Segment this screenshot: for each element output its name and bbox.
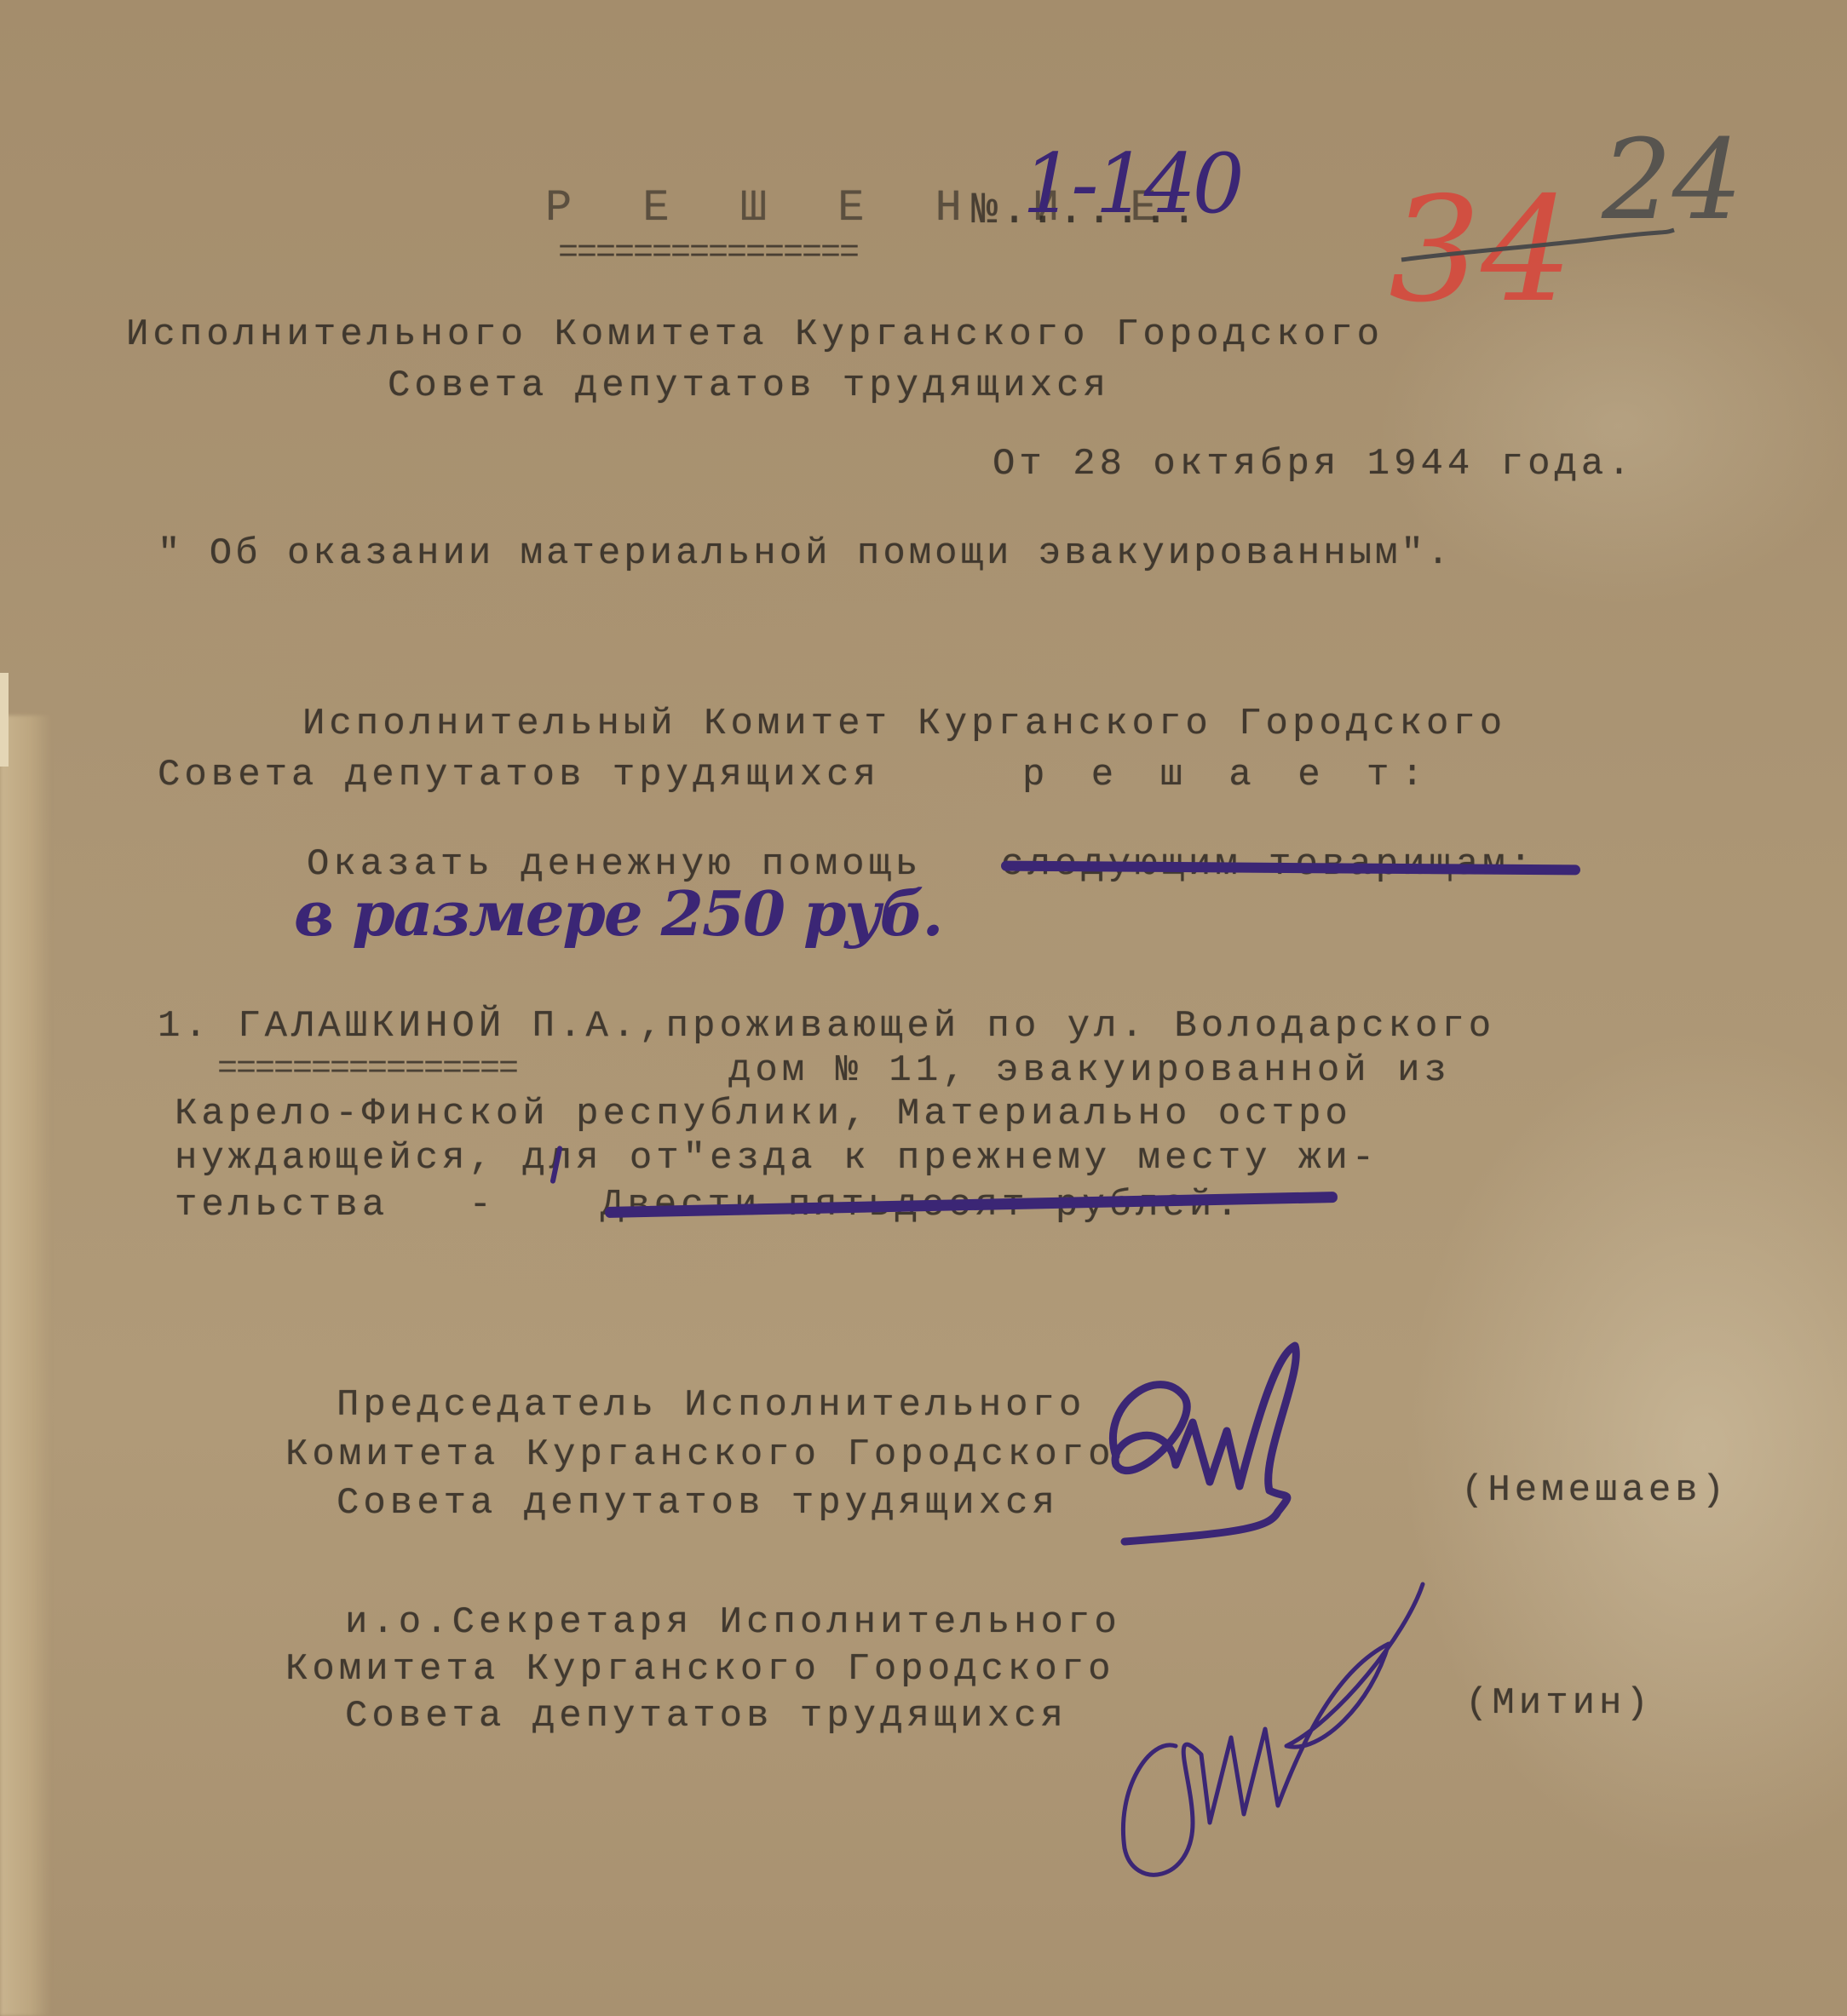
pencil-page-number: 24 [1602,115,1742,244]
issuer-line-2: Совета депутатов трудящихся [388,365,1110,407]
item-1-line-4: нуждающейся, для от"езда к прежнему мест… [175,1137,1378,1180]
adjacent-page-tab [0,673,9,767]
title-underline: ================ [558,234,858,273]
chairman-role-line-3: Совета депутатов трудящихся [337,1482,1059,1525]
item-1-line-5: тельства - [175,1184,496,1226]
decision-subject: " Об оказании материальной помощи эвакуи… [158,532,1453,575]
binding-edge [0,715,51,2016]
secretary-role-line-3: Совета депутатов трудящихся [345,1695,1067,1737]
secretary-signature [1065,1567,1508,1891]
resolves-word: р е ш а е т: [1022,754,1436,796]
item-1-name-underline: ================ [217,1050,517,1088]
item-1-line-1: 1. ГАЛАШКИНОЙ П.А.,проживающей по ул. Во… [158,1005,1495,1048]
preamble-line-2: Совета депутатов трудящихся [158,754,880,796]
number-sign: № [971,186,1002,236]
item-1-line-3: Карело-Финской республики, Материально о… [175,1093,1352,1135]
item-1-line-2: дом № 11, эвакуированной из [728,1049,1451,1092]
chairman-name: (Немешаев) [1461,1469,1729,1512]
secretary-role-line-2: Комитета Курганского Городского [285,1648,1115,1691]
handwritten-amount-insert: в размере 250 руб. [294,877,942,950]
chairman-role-line-1: Председатель Исполнительного [337,1384,1085,1427]
chairman-signature [1065,1337,1491,1559]
issuer-line-1: Исполнительного Комитета Курганского Гор… [126,313,1384,356]
decision-number-handwritten: 1-140 [1022,136,1241,232]
preamble-line-1: Исполнительный Комитет Курганского Город… [302,703,1506,745]
chairman-role-line-2: Комитета Курганского Городского [285,1433,1115,1476]
decision-date: От 28 октября 1944 года. [993,443,1635,485]
secretary-name: (Митин) [1465,1682,1653,1725]
secretary-role-line-1: и.о.Секретаря Исполнительного [345,1601,1121,1644]
